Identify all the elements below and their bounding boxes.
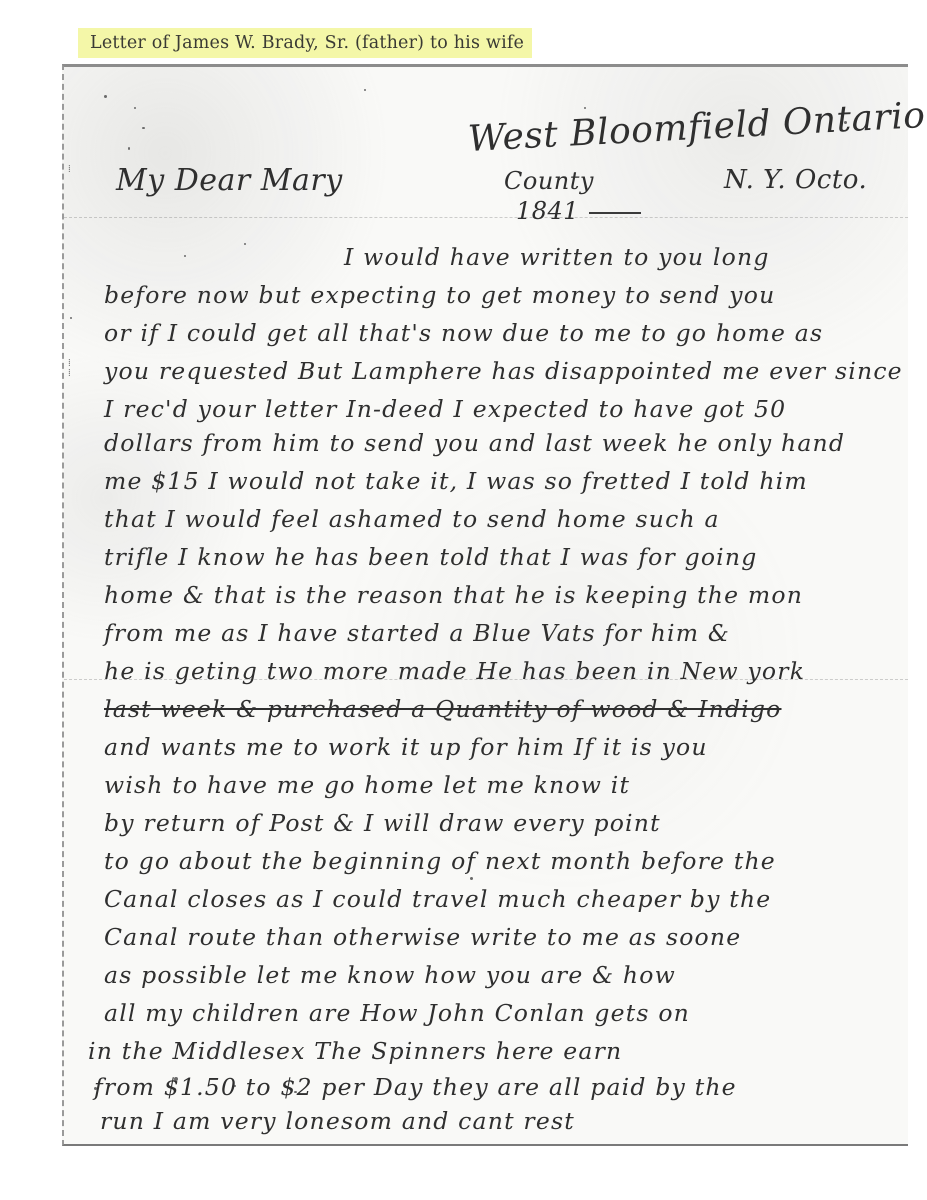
scan-speckle xyxy=(142,127,145,129)
letter-line: that I would feel ashamed to send home s… xyxy=(104,505,720,533)
faint-rule-line xyxy=(64,217,908,219)
letter-line: before now but expecting to get money to… xyxy=(104,281,775,309)
letter-salutation: My Dear Mary xyxy=(116,163,343,198)
letter-line: from $1.50 to $2 per Day they are all pa… xyxy=(94,1073,737,1101)
letter-line: Canal closes as I could travel much chea… xyxy=(104,885,771,913)
letter-line: by return of Post & I will draw every po… xyxy=(104,809,661,837)
scan-speckle xyxy=(128,147,130,150)
letter-scan: ⁞ ⁞⁞ West Bloomfield Ontario County N. Y… xyxy=(62,64,908,1146)
letter-line: last week & purchased a Quantity of wood… xyxy=(104,695,782,723)
scan-speckle xyxy=(244,243,246,245)
letter-line: he is geting two more made He has been i… xyxy=(104,657,805,685)
letter-heading-county: County xyxy=(504,167,594,195)
scan-speckle xyxy=(470,877,473,880)
letter-line: I rec'd your letter In-deed I expected t… xyxy=(104,395,786,423)
scan-speckle xyxy=(364,89,366,91)
letter-line: I would have written to you long xyxy=(344,243,770,271)
letter-line: home & that is the reason that he is kee… xyxy=(104,581,803,609)
scan-speckle xyxy=(584,107,586,109)
letter-line: and wants me to work it up for him If it… xyxy=(104,733,708,761)
letter-line: to go about the beginning of next month … xyxy=(104,847,776,875)
letter-line: me $15 I would not take it, I was so fre… xyxy=(104,467,808,495)
scan-speckle xyxy=(184,255,186,257)
letter-line: wish to have me go home let me know it xyxy=(104,771,630,799)
letter-line: Canal route than otherwise write to me a… xyxy=(104,923,741,951)
letter-line: dollars from him to send you and last we… xyxy=(104,429,845,457)
letter-line: you requested But Lamphere has disappoin… xyxy=(104,357,903,385)
document-caption: Letter of James W. Brady, Sr. (father) t… xyxy=(78,28,532,58)
letter-heading-year: 1841 xyxy=(516,197,641,225)
letter-line: from me as I have started a Blue Vats fo… xyxy=(104,619,730,647)
margin-annotation: ⁞⁞ xyxy=(68,359,78,379)
letter-line: as possible let me know how you are & ho… xyxy=(104,961,676,989)
margin-annotation: ⁞ xyxy=(68,165,78,175)
letter-line: all my children are How John Conlan gets… xyxy=(104,999,690,1027)
letter-line: or if I could get all that's now due to … xyxy=(104,319,823,347)
letter-heading-state-date: N. Y. Octo. xyxy=(724,165,867,195)
scan-speckle xyxy=(134,107,136,109)
letter-line: trifle I know he has been told that I wa… xyxy=(104,543,757,571)
scan-speckle xyxy=(70,317,72,319)
letter-line: run I am very lonesom and cant rest xyxy=(100,1107,575,1135)
letter-heading-place: West Bloomfield Ontario xyxy=(467,95,926,160)
letter-line: in the Middlesex The Spinners here earn xyxy=(88,1037,622,1065)
scan-speckle xyxy=(104,95,107,98)
